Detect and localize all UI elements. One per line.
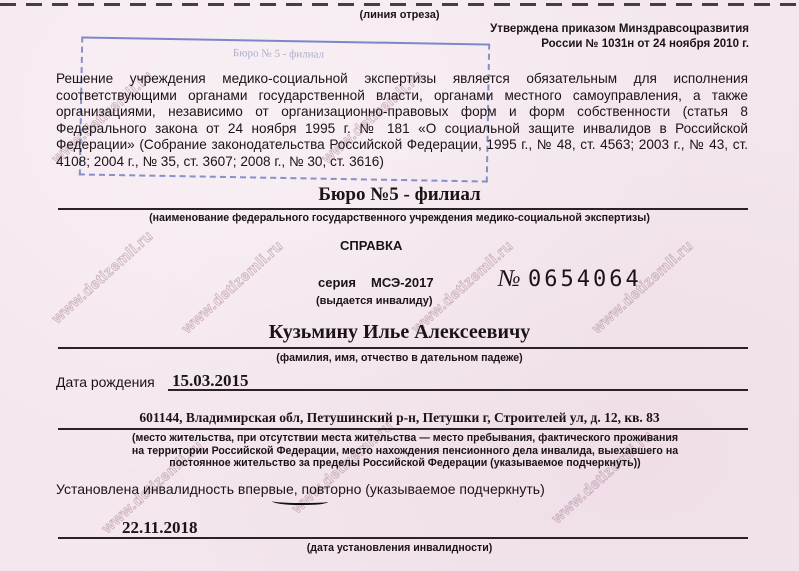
dob-value: 15.03.2015 — [172, 371, 249, 391]
name-caption: (фамилия, имя, отчество в дательном паде… — [0, 352, 799, 364]
approval-line-2: России № 1031н от 24 ноября 2010 г. — [490, 37, 749, 52]
cut-line — [0, 3, 799, 6]
dob-line — [168, 389, 748, 391]
address-caption-line-1: (место жительства, при отсутствии места … — [80, 432, 730, 445]
disability-date: 22.11.2018 — [122, 518, 198, 538]
address-caption-line-3: постоянное жительство за пределы Российс… — [80, 457, 730, 470]
address-caption-line-2: на территории Российской Федерации, мест… — [80, 445, 730, 458]
address-line — [58, 428, 748, 430]
approval-note: Утверждена приказом Минздравсоцразвития … — [490, 22, 749, 52]
cut-line-caption: (линия отреза) — [0, 9, 799, 21]
issued-to-caption: (выдается инвалиду) — [316, 295, 433, 307]
legal-text: Решение учреждения медико-социальной экс… — [56, 71, 748, 171]
certificate-title: СПРАВКА — [340, 238, 402, 253]
institution-name: Бюро №5 - филиал — [0, 184, 799, 206]
institution-caption: (наименование федерального государственн… — [0, 212, 799, 224]
dob-label: Дата рождения — [56, 374, 155, 390]
disability-established-text: Установлена инвалидность впервые, повтор… — [56, 481, 545, 497]
institution-line — [58, 208, 748, 210]
address-value: 601144, Владимирская обл, Петушинский р-… — [0, 410, 799, 426]
certificate-number: 0654064 — [528, 267, 642, 292]
series-value: МСЭ-2017 — [371, 275, 434, 290]
approval-line-1: Утверждена приказом Минздравсоцразвития — [490, 22, 749, 37]
stamp-text: Бюро № 5 - филиал — [233, 47, 324, 61]
name-line — [58, 347, 748, 349]
series-label: серия — [318, 275, 356, 290]
person-name: Кузьмину Илье Алексеевичу — [0, 321, 799, 344]
number-sign: № — [498, 266, 521, 293]
disability-date-line — [58, 537, 748, 539]
handwritten-underline — [272, 497, 328, 505]
address-caption: (место жительства, при отсутствии места … — [80, 432, 730, 470]
disability-date-caption: (дата установления инвалидности) — [0, 542, 799, 554]
